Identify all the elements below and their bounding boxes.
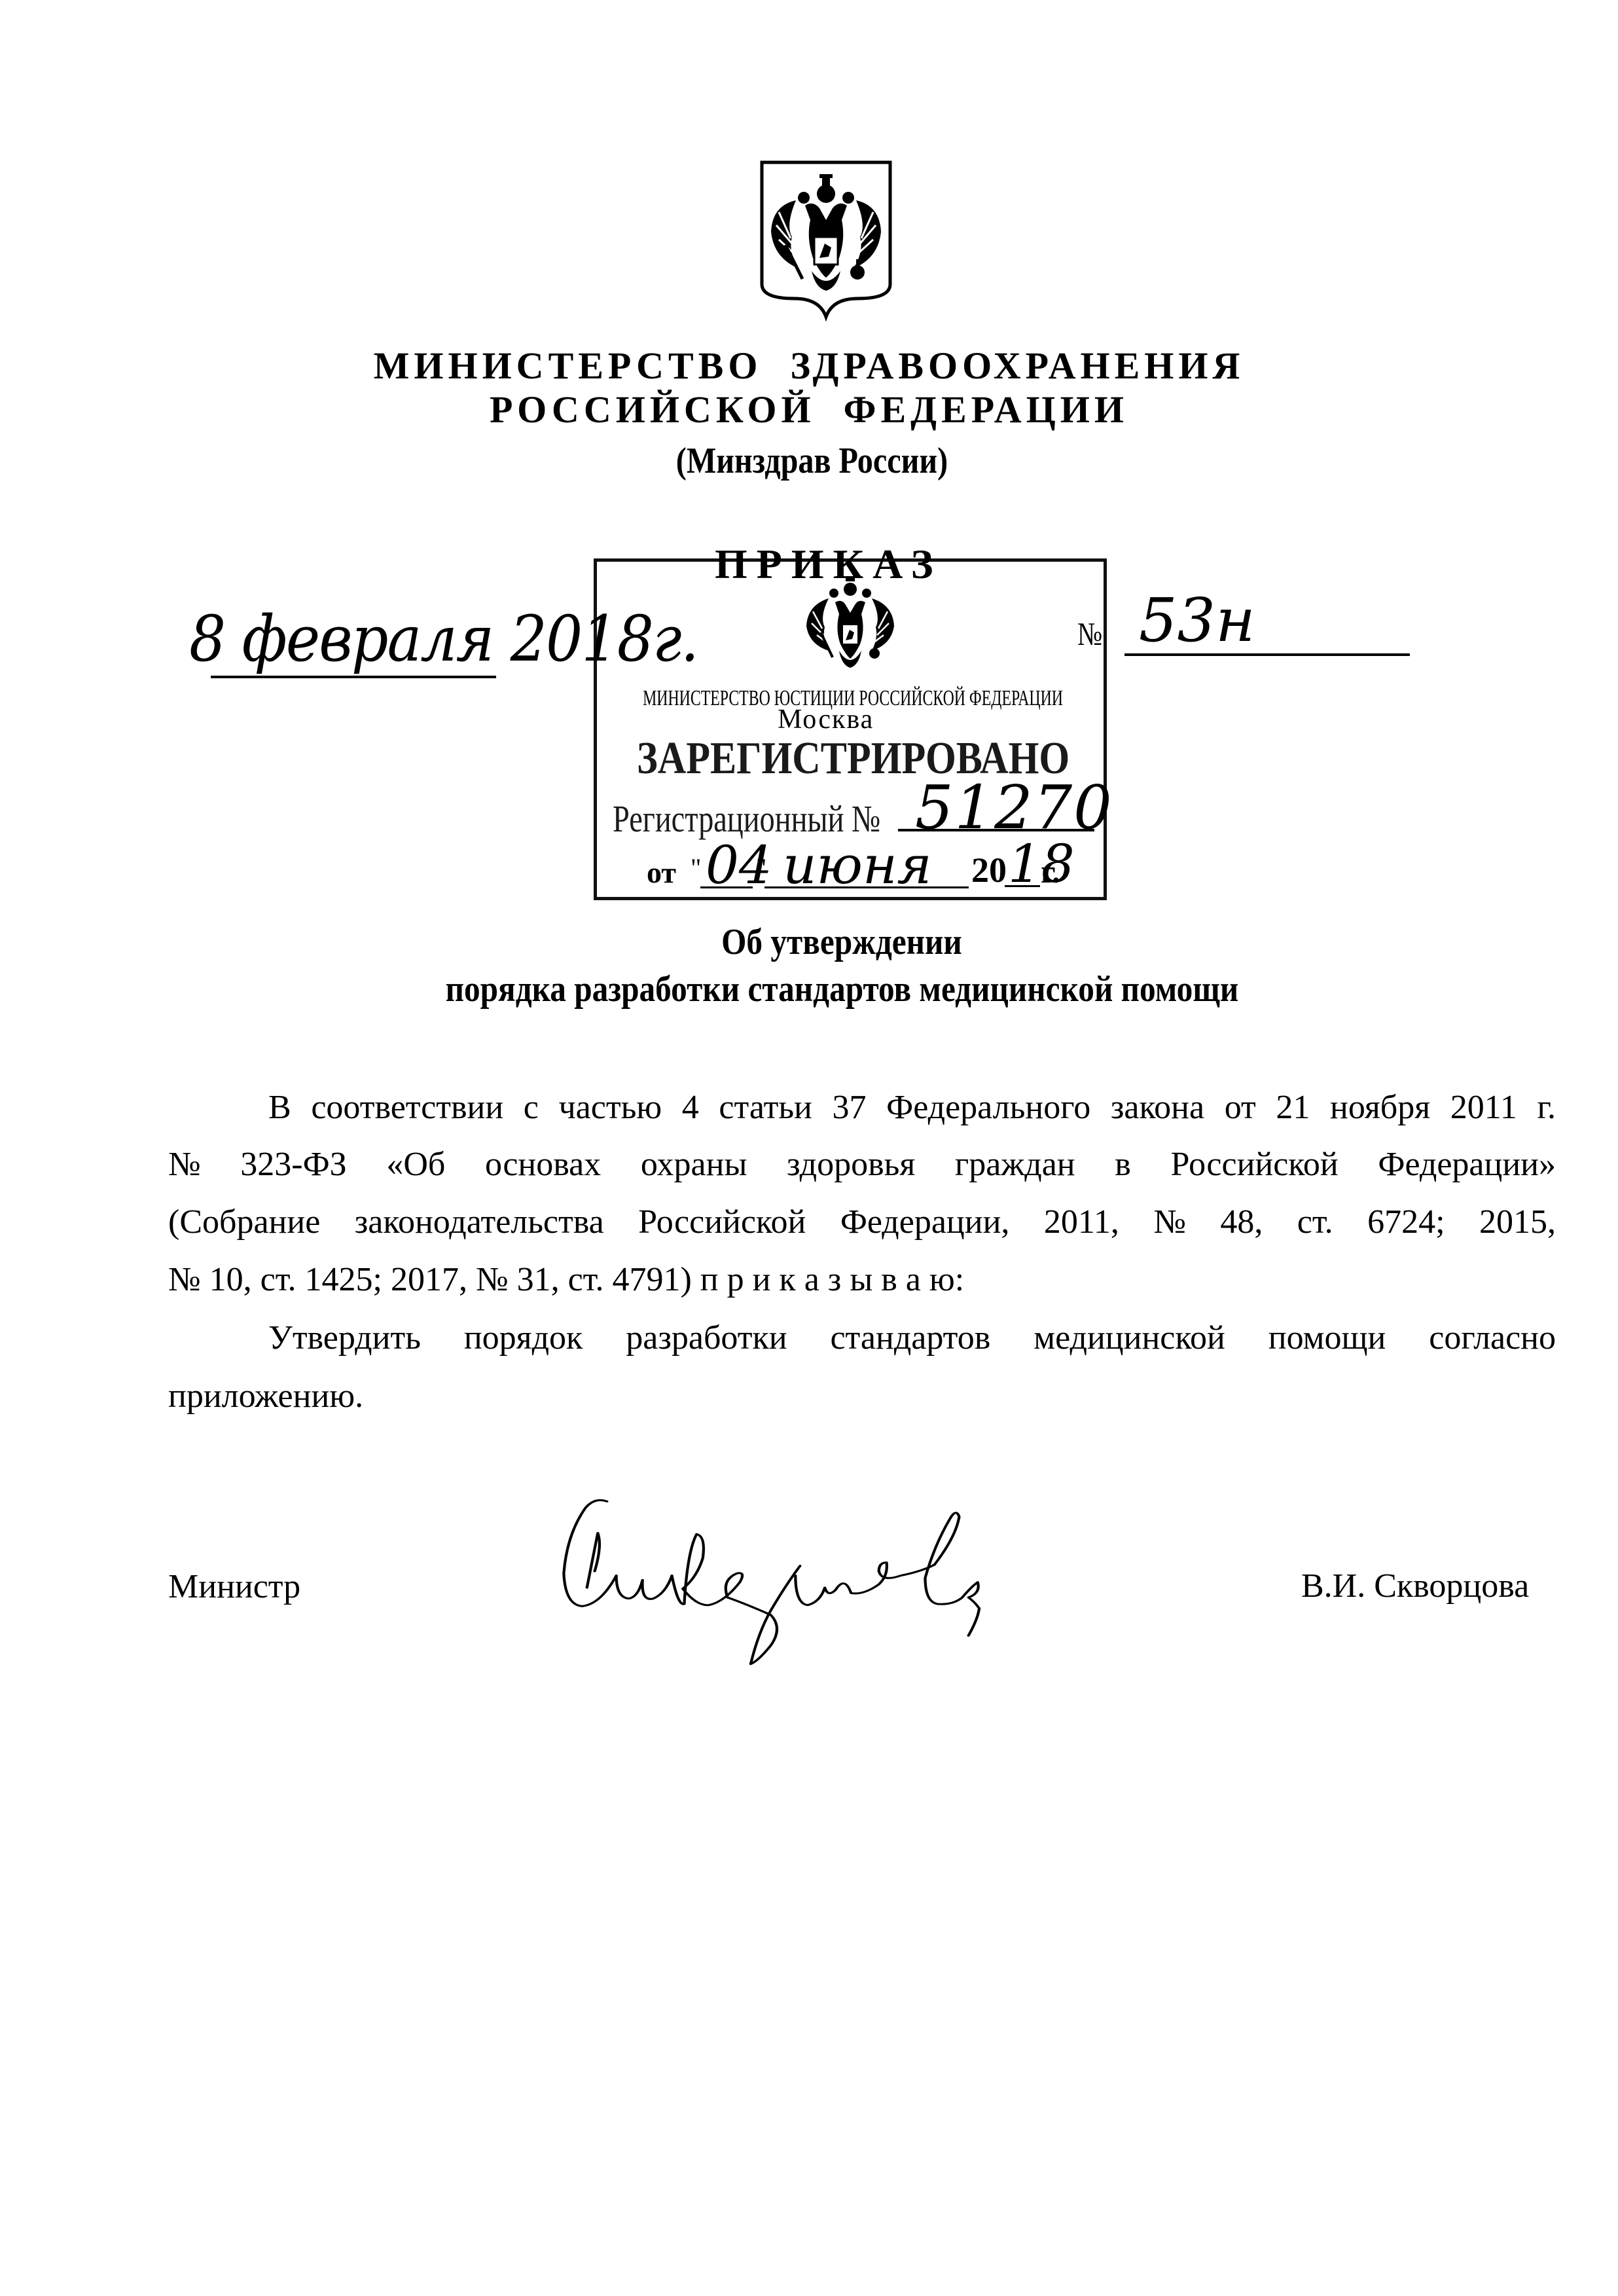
body-paragraph1-line3: (Собрание законодательства Российской Фе… <box>168 1205 1556 1239</box>
ministry-short-name: (Минздрав России) <box>675 443 947 479</box>
ministry-name-line1: МИНИСТЕРСТВО ЗДРАВООХРАНЕНИЯ <box>0 347 1618 385</box>
stamp-date-prefix: от <box>647 858 676 888</box>
body-paragraph1-line4: № 10, ст. 1425; 2017, № 31, ст. 4791) п … <box>168 1263 964 1297</box>
day-underline <box>700 886 753 888</box>
order-date-handwritten: 8 февраля 2018г. <box>189 608 698 670</box>
order-number-label: № <box>1077 617 1102 650</box>
close-quote: " <box>756 855 766 881</box>
stamp-city: Москва <box>778 706 874 733</box>
signatory-position: Министр <box>168 1570 300 1604</box>
body-paragraph1-line2: № 323-ФЗ «Об основах охраны здоровья гра… <box>168 1148 1556 1182</box>
stamp-reg-number-label: Регистрационный № <box>613 800 880 838</box>
date-underline <box>211 676 496 678</box>
stamp-date-year-unit: г. <box>1041 855 1060 888</box>
order-title-line2: порядка разработки стандартов медицинско… <box>445 971 1238 1008</box>
order-title-line1: Об утверждении <box>721 924 962 960</box>
open-quote: " <box>691 855 701 881</box>
reg-number-underline <box>898 829 1094 831</box>
signatory-name: В.И. Скворцова <box>1301 1569 1529 1603</box>
stamp-date-year-prefix: 20 <box>971 852 1007 888</box>
body-paragraph2-line1: Утвердить порядок разработки стандартов … <box>268 1321 1556 1355</box>
month-underline <box>764 886 969 888</box>
order-number-underline <box>1124 653 1410 656</box>
ministry-name-line2: РОССИЙСКОЙ ФЕДЕРАЦИИ <box>0 391 1618 429</box>
order-number-handwritten: 53н <box>1139 591 1255 651</box>
handwritten-signature <box>524 1480 1008 1676</box>
stamp-date-month-handwritten: июня <box>783 839 932 892</box>
body-paragraph2-line2: приложению. <box>168 1379 363 1413</box>
russian-coat-of-arms-icon <box>759 160 893 319</box>
body-paragraph1-line1: В соответствии с частью 4 статьи 37 Феде… <box>268 1091 1556 1125</box>
year-underline <box>1005 885 1040 887</box>
russian-coat-of-arms-icon <box>802 574 898 672</box>
